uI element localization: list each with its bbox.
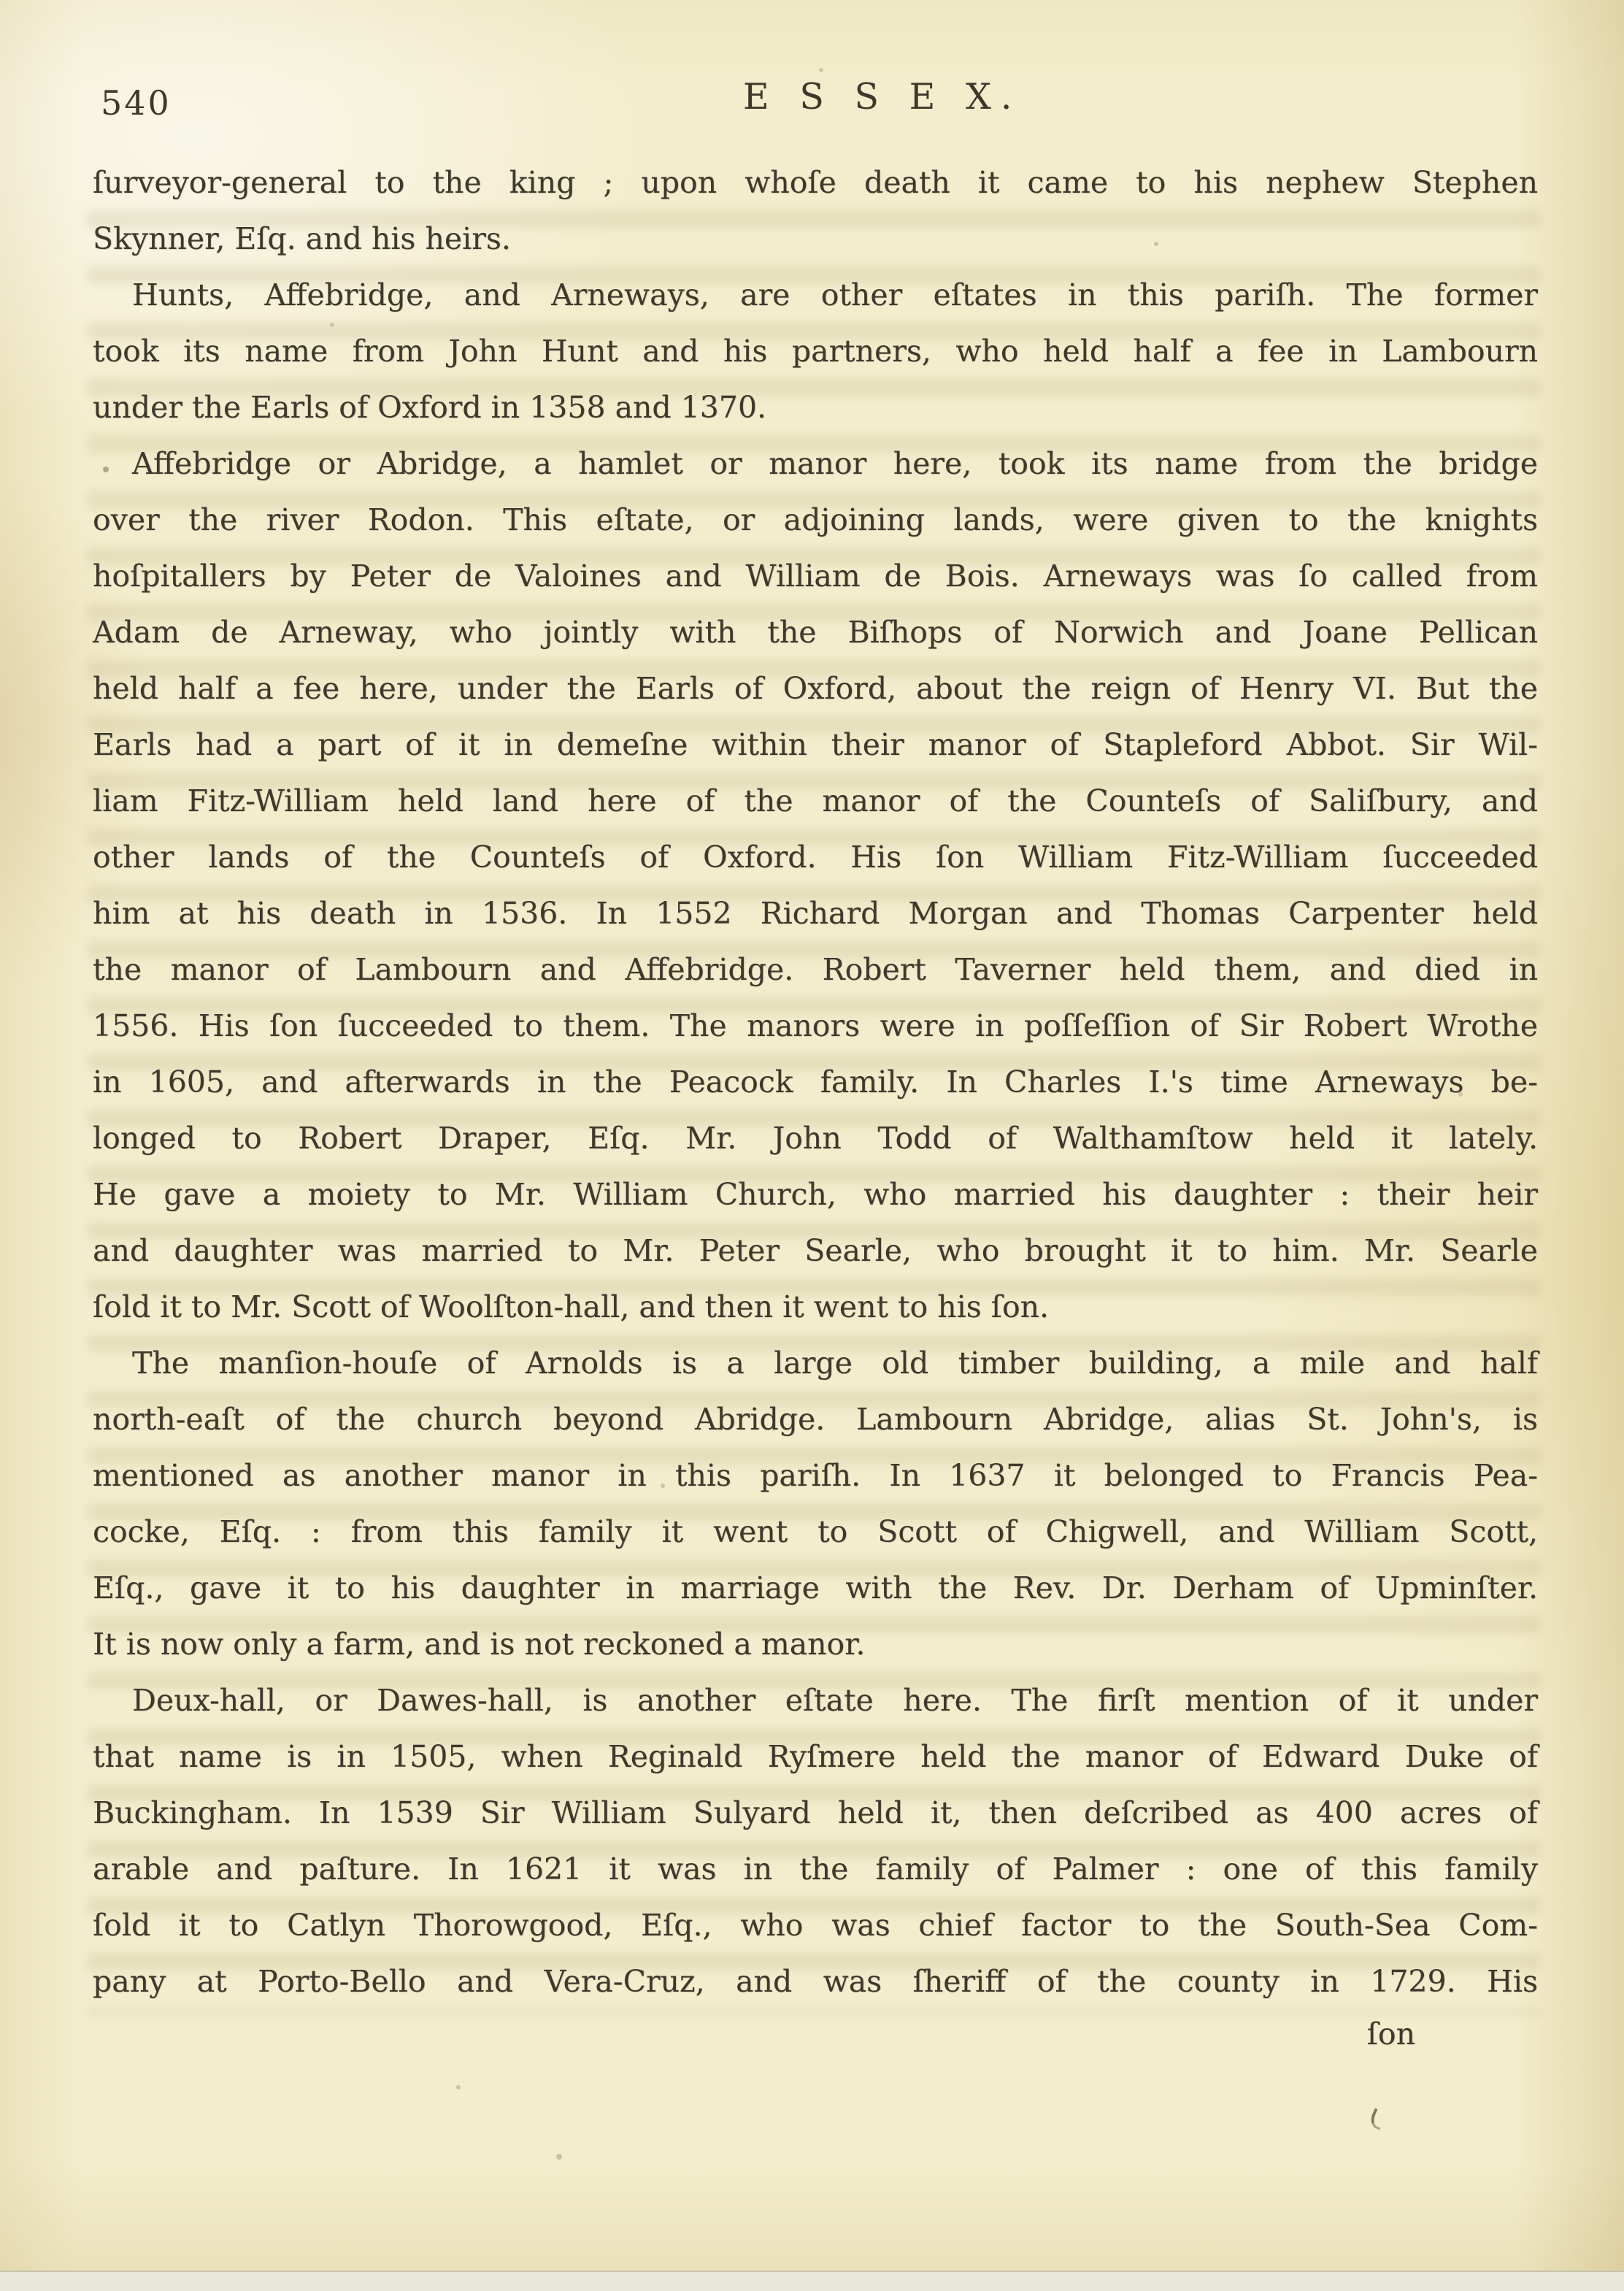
text-line: him at his death in 1536. In 1552 Richar… [93, 886, 1538, 942]
text-line: Buckingham. In 1539 Sir William Sulyard … [93, 1785, 1538, 1841]
text-line: mentioned as another manor in this pariſ… [93, 1448, 1538, 1504]
text-block: ſurveyor-general to the king ; upon whoſ… [93, 155, 1538, 2010]
text-line: Affebridge or Abridge, a hamlet or manor… [93, 436, 1538, 492]
text-line: held half a fee here, under the Earls of… [93, 661, 1538, 717]
text-line: arable and paſture. In 1621 it was in th… [93, 1841, 1538, 1897]
text-line: cocke, Eſq. : from this family it went t… [93, 1504, 1538, 1560]
text-line: Eſq., gave it to his daughter in marriag… [93, 1560, 1538, 1616]
text-line: other lands of the Counteſs of Oxford. H… [93, 829, 1538, 886]
text-line: over the river Rodon. This eſtate, or ad… [93, 492, 1538, 548]
text-line: liam Fitz-William held land here of the … [93, 773, 1538, 829]
text-line: He gave a moiety to Mr. William Church, … [93, 1167, 1538, 1223]
text-line: ſurveyor-general to the king ; upon whoſ… [93, 155, 1538, 211]
book-page-scan: { "page": { "number": "540", "running_ti… [0, 0, 1624, 2291]
text-line: Deux-hall, or Dawes-hall, is another eſt… [93, 1673, 1538, 1729]
text-line: and daughter was married to Mr. Peter Se… [93, 1223, 1538, 1279]
text-line: ſold it to Mr. Scott of Woolſton-hall, a… [93, 1279, 1538, 1335]
text-line: took its name from John Hunt and his par… [93, 323, 1538, 380]
text-line: ſold it to Catlyn Thorowgood, Eſq., who … [93, 1897, 1538, 1954]
text-line: hoſpitallers by Peter de Valoines and Wi… [93, 548, 1538, 605]
text-line: The manſion-houſe of Arnolds is a large … [93, 1335, 1538, 1392]
text-line: It is now only a farm, and is not reckon… [93, 1616, 1538, 1673]
text-line: longed to Robert Draper, Eſq. Mr. John T… [93, 1110, 1538, 1167]
catchword: ſon [93, 2006, 1538, 2062]
text-line: the manor of Lambourn and Affebridge. Ro… [93, 942, 1538, 998]
page-number: 540 [101, 83, 172, 123]
paper-specks [0, 0, 3, 3]
text-line: Hunts, Affebridge, and Arneways, are oth… [93, 267, 1538, 323]
text-line: 1556. His ſon ſucceeded to them. The man… [93, 998, 1538, 1054]
scan-bottom-edge [0, 2271, 1624, 2291]
text-line: north-eaſt of the church beyond Abridge.… [93, 1392, 1538, 1448]
text-line: Earls had a part of it in demeſne within… [93, 717, 1538, 773]
text-line: Skynner, Eſq. and his heirs. [93, 211, 1538, 267]
text-line: pany at Porto-Bello and Vera-Cruz, and w… [93, 1954, 1538, 2010]
text-line: that name is in 1505, when Reginald Ryſm… [93, 1729, 1538, 1785]
running-title: E S S E X. [743, 76, 1021, 118]
text-line: Adam de Arneway, who jointly with the Bi… [93, 605, 1538, 661]
text-line: under the Earls of Oxford in 1358 and 13… [93, 380, 1538, 436]
text-line: in 1605, and afterwards in the Peacock f… [93, 1054, 1538, 1110]
